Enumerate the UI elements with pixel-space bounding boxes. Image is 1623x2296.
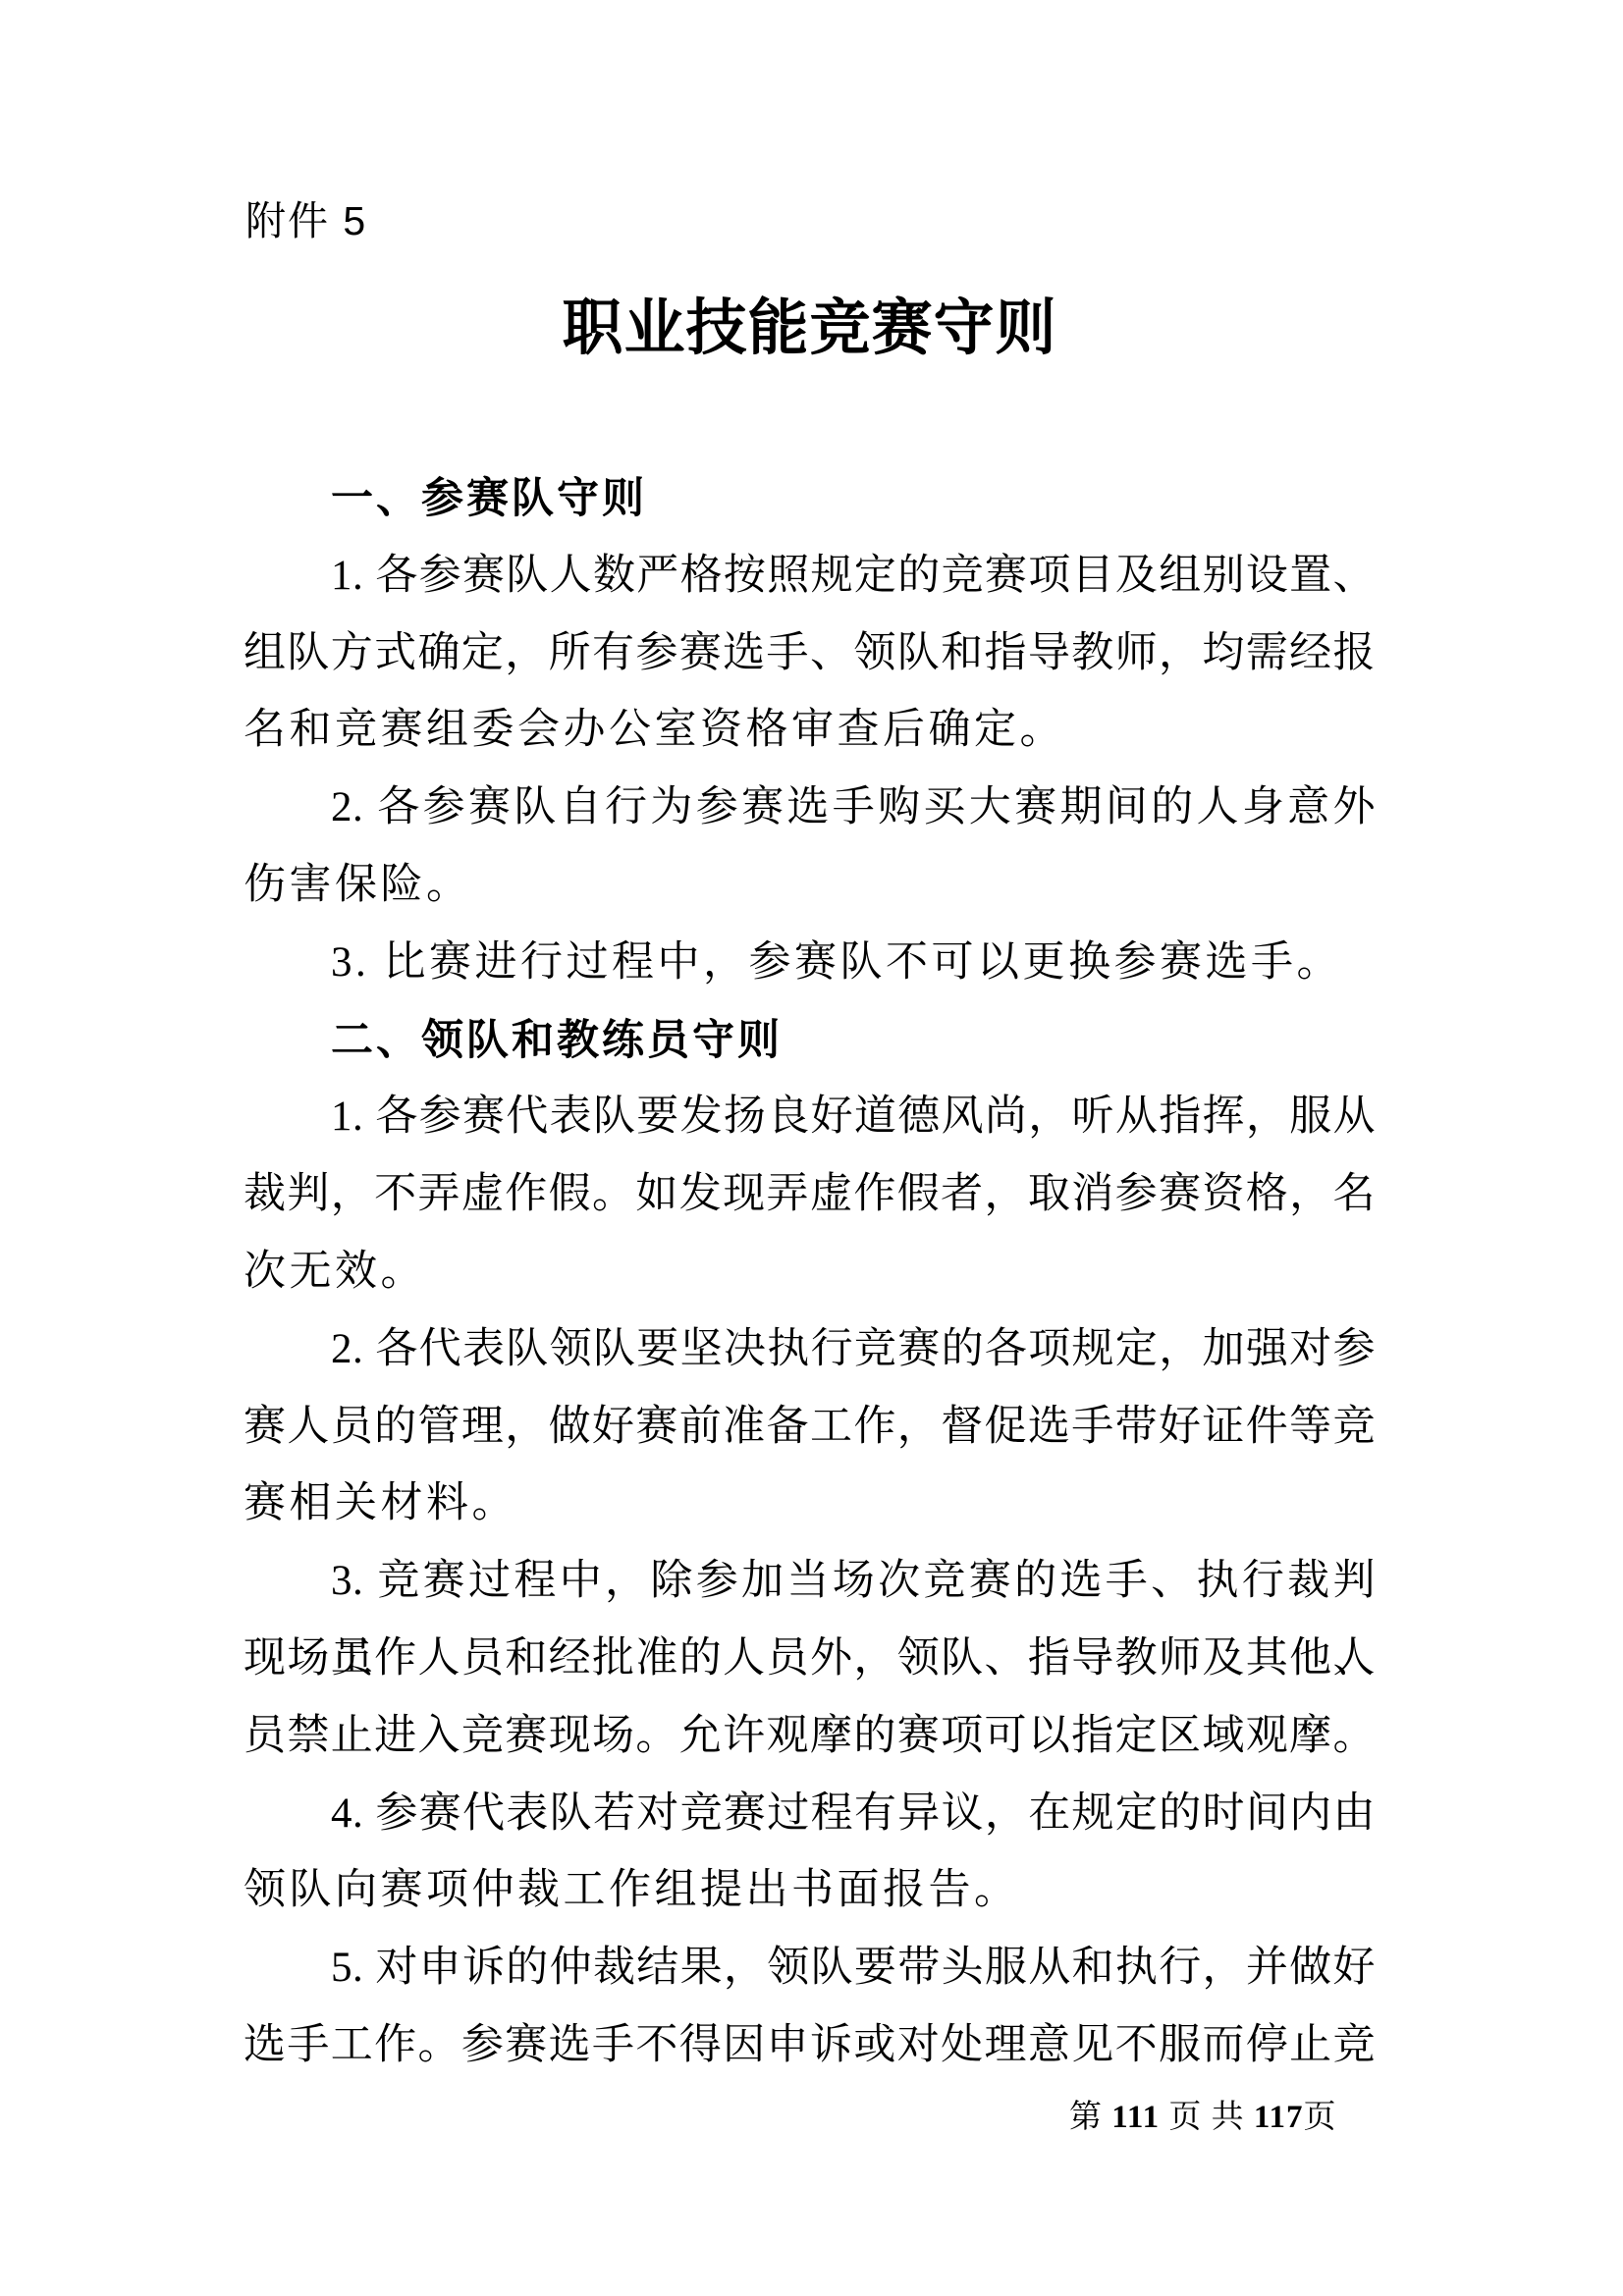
body-lines: 一、参赛队守则1. 各参赛队人数严格按照规定的竞赛项目及组别设置、组队方式确定，… xyxy=(243,460,1376,2085)
footer-total-pages: 117 xyxy=(1254,2100,1304,2135)
text-line: 3. 比赛进行过程中，参赛队不可以更换参赛选手。 xyxy=(243,925,1376,1002)
footer-prefix: 第 xyxy=(1069,2100,1111,2135)
text-line: 5. 对申诉的仲裁结果，领队要带头服从和执行，并做好 xyxy=(243,1930,1376,2007)
page-title: 职业技能竞赛守则 xyxy=(243,290,1376,368)
footer-suffix: 页 xyxy=(1304,2100,1337,2135)
text-line: 2. 各代表队领队要坚决执行竞赛的各项规定，加强对参 xyxy=(243,1311,1376,1389)
text-line: 4. 参赛代表队若对竞赛过程有异议，在规定的时间内由 xyxy=(243,1776,1376,1853)
text-line: 领队向赛项仲裁工作组提出书面报告。 xyxy=(243,1852,1376,1930)
document-page: 附件 5 职业技能竞赛守则 一、参赛队守则1. 各参赛队人数严格按照规定的竞赛项… xyxy=(0,0,1623,2296)
section-heading: 二、领队和教练员守则 xyxy=(243,1002,1376,1080)
text-line: 赛人员的管理，做好赛前准备工作，督促选手带好证件等竞 xyxy=(243,1389,1376,1467)
footer-middle: 页 共 xyxy=(1160,2100,1254,2135)
text-line: 选手工作。参赛选手不得因申诉或对处理意见不服而停止竞 xyxy=(243,2007,1376,2085)
text-line: 1. 各参赛队人数严格按照规定的竞赛项目及组别设置、 xyxy=(243,538,1376,615)
text-line: 1. 各参赛代表队要发扬良好道德风尚，听从指挥，服从 xyxy=(243,1079,1376,1156)
footer-current-page: 111 xyxy=(1111,2100,1160,2135)
attachment-label: 附件 5 xyxy=(245,198,367,243)
text-line: 赛相关材料。 xyxy=(243,1466,1376,1543)
text-line: 2. 各参赛队自行为参赛选手购买大赛期间的人身意外 xyxy=(243,770,1376,847)
section-heading: 一、参赛队守则 xyxy=(243,460,1376,538)
text-line: 名和竞赛组委会办公室资格审查后确定。 xyxy=(243,692,1376,770)
text-line: 组队方式确定，所有参赛选手、领队和指导教师，均需经报 xyxy=(243,615,1376,693)
text-line: 现场工作人员和经批准的人员外，领队、指导教师及其他人 xyxy=(243,1621,1376,1698)
text-line: 次无效。 xyxy=(243,1234,1376,1311)
text-line: 伤害保险。 xyxy=(243,847,1376,925)
text-line: 员禁止进入竞赛现场。允许观摩的赛项可以指定区域观摩。 xyxy=(243,1698,1376,1776)
page-footer: 第 111 页 共 117页 xyxy=(1069,2097,1337,2138)
text-line: 裁判，不弄虚作假。如发现弄虚作假者，取消参赛资格，名 xyxy=(243,1156,1376,1234)
text-line: 3. 竞赛过程中，除参加当场次竞赛的选手、执行裁判员、 xyxy=(243,1543,1376,1621)
